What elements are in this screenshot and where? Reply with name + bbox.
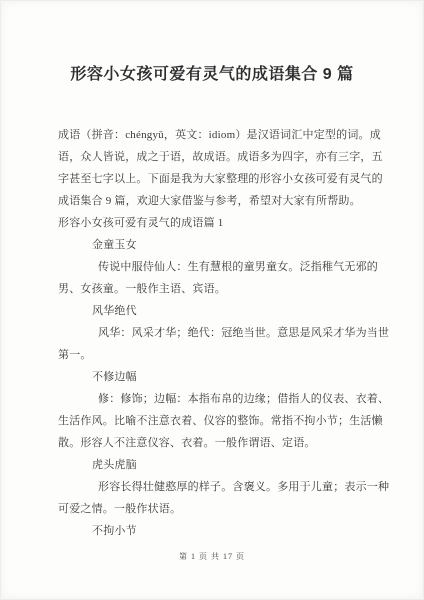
text-line: 语，众人皆说，成之于语，故成语。成语多为四字，亦有三字，五 — [58, 146, 367, 168]
text-line: 修：修饰；边幅：本指布帛的边缘；借指人的仪表、衣着、 — [58, 388, 367, 410]
text-line: 形容小女孩可爱有灵气的成语篇 1 — [58, 212, 367, 234]
document-page: 形容小女孩可爱有灵气的成语集合 9 篇 成语（拼音：chéngyǔ，英文：idi… — [0, 0, 424, 600]
text-line: 不拘小节 — [58, 520, 367, 542]
text-line: 第一。 — [58, 344, 367, 366]
document-body: 成语（拼音：chéngyǔ，英文：idiom）是汉语词汇中定型的词。成语，众人皆… — [58, 124, 367, 542]
text-line: 形容长得壮健憨厚的样子。含褒义。多用于儿童；表示一种 — [58, 476, 367, 498]
text-line: 金童玉女 — [58, 234, 367, 256]
text-line: 字甚至七字以上。下面是我为大家整理的形容小女孩可爱有灵气的 — [58, 168, 367, 190]
text-line: 成语集合 9 篇，欢迎大家借鉴与参考，希望对大家有所帮助。 — [58, 190, 367, 212]
text-line: 风华：风采才华；绝代：冠绝当世。意思是风采才华为当世 — [58, 322, 367, 344]
text-line: 风华绝代 — [58, 300, 367, 322]
document-title: 形容小女孩可爱有灵气的成语集合 9 篇 — [21, 63, 403, 86]
text-line: 传说中服侍仙人：生有慧根的童男童女。泛指稚气无邪的 — [58, 256, 367, 278]
text-line: 男、女孩童。一般作主语、宾语。 — [58, 278, 367, 300]
text-line: 散。形容人不注意仪容、衣着。一般作谓语、定语。 — [58, 432, 367, 454]
text-line: 不修边幅 — [58, 366, 367, 388]
page-footer: 第 1 页 共 17 页 — [1, 551, 423, 562]
text-line: 虎头虎脑 — [58, 454, 367, 476]
text-line: 生活作风。比喻不注意衣着、仪容的整饰。常指不拘小节；生活懒 — [58, 410, 367, 432]
text-line: 可爱之情。一般作状语。 — [58, 498, 367, 520]
text-line: 成语（拼音：chéngyǔ，英文：idiom）是汉语词汇中定型的词。成 — [58, 124, 367, 146]
